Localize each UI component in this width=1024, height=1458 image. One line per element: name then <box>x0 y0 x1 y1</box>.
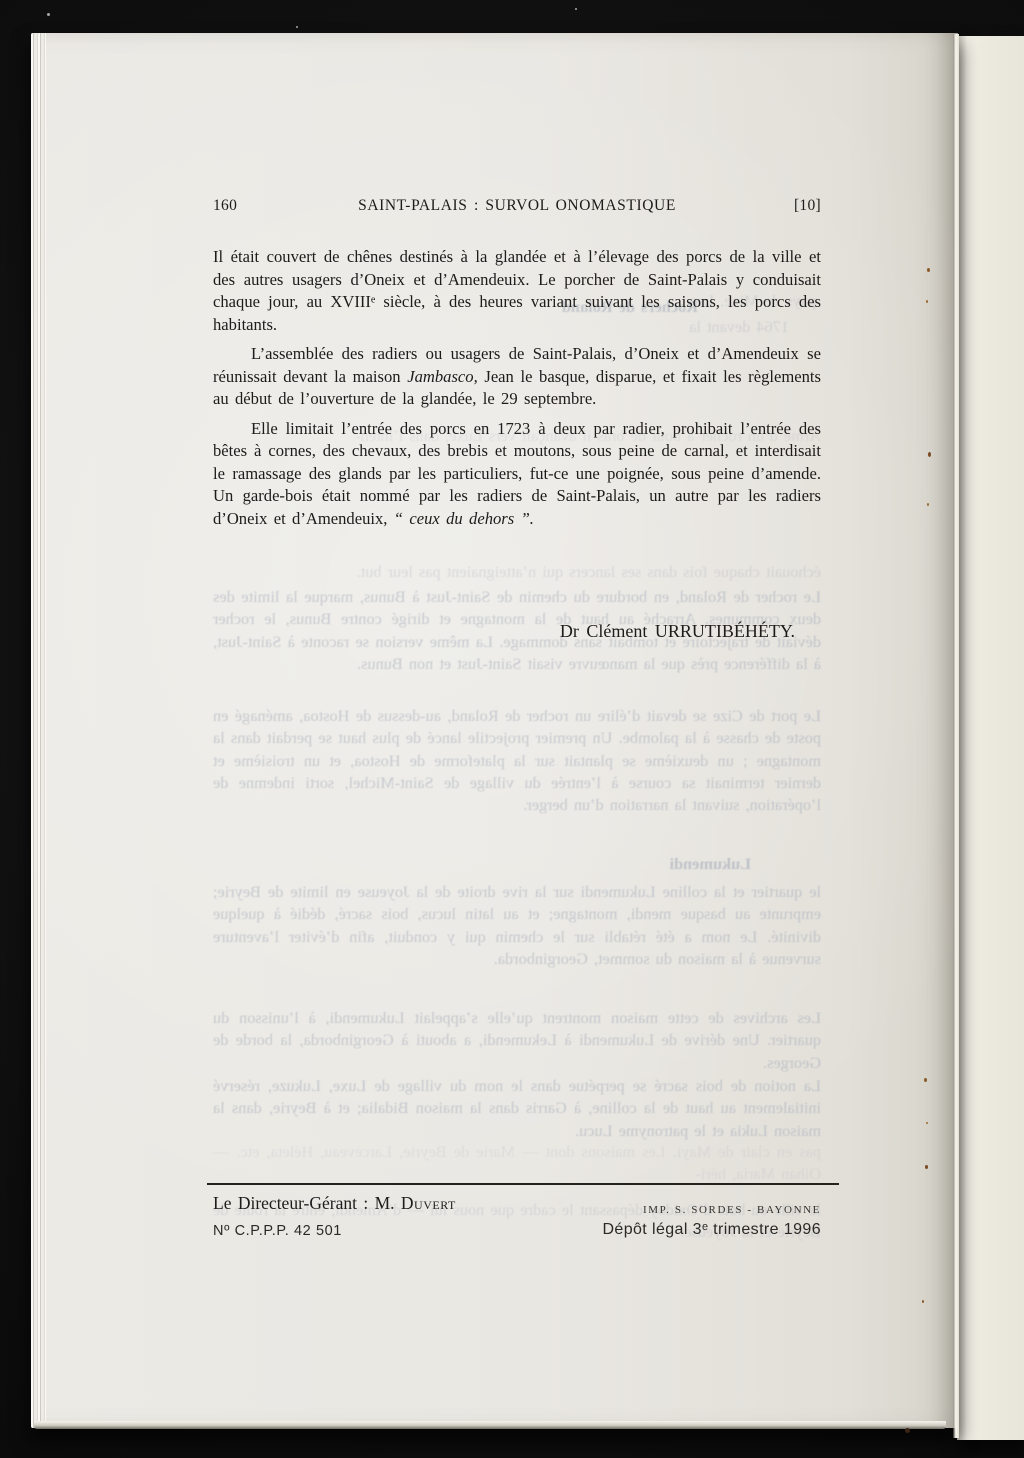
page-edge-left <box>31 33 46 1428</box>
running-title: SAINT-PALAIS : SURVOL ONOMASTIQUE <box>303 197 731 215</box>
foxing-speck <box>927 268 930 272</box>
running-head: 160 SAINT-PALAIS : SURVOL ONOMASTIQUE [1… <box>213 197 821 215</box>
bleedthrough-paragraph: pas en clair de Mayi. Les maisons dont —… <box>213 1141 821 1186</box>
foxing-speck <box>924 1078 927 1082</box>
bleedthrough-paragraph: La notion de bois sacré se perpétue dans… <box>213 1075 821 1142</box>
facing-page <box>957 36 1024 1440</box>
bleedthrough-heading: Lukumendi <box>586 853 751 875</box>
footer-rule <box>207 1183 839 1185</box>
foxing-speck <box>926 1122 928 1124</box>
paragraph-2: L’assemblée des radiers ou usagers de Sa… <box>213 343 821 411</box>
bleedthrough-line: échouait chaque fois dans ses lancers qu… <box>213 561 821 583</box>
foxing-speck <box>922 1300 924 1303</box>
gutter-crease <box>953 34 959 1438</box>
quote-italic: “ ceux du dehors ”. <box>394 509 534 528</box>
author-signature: Dr Clément URRUTIBÉHÉTY. <box>213 621 821 642</box>
dust-speck <box>47 13 50 16</box>
dust-speck <box>575 8 577 10</box>
foxing-speck <box>928 452 931 457</box>
house-name-italic: Jambasco, <box>407 367 478 386</box>
issue-number: [10] <box>731 197 821 215</box>
book-photograph: pays de Mixe. Les Rochers de Roland 1764… <box>0 0 1024 1458</box>
foxing-speck <box>925 1165 928 1169</box>
foxing-speck <box>926 300 928 303</box>
body-text: Il était couvert de chênes destinés à la… <box>213 246 821 537</box>
page-edge-bottom <box>34 1421 946 1429</box>
paragraph-3: Elle limitait l’entrée des porcs en 1723… <box>213 418 821 531</box>
page-number: 160 <box>213 197 303 215</box>
bleedthrough-paragraph: le quartier et la colline Lukumendi sur … <box>213 881 821 970</box>
foxing-speck <box>905 1428 910 1433</box>
paragraph-1: Il était couvert de chênes destinés à la… <box>213 246 821 336</box>
bleedthrough-paragraph: Le port de Cize se devait d’élire un roc… <box>213 705 821 816</box>
book-page: pays de Mixe. Les Rochers de Roland 1764… <box>31 33 958 1428</box>
printer-imprint: IMP. S. SORDES - BAYONNE <box>213 1204 821 1216</box>
dust-speck <box>296 26 298 28</box>
legal-deposit: Dépôt légal 3ᵉ trimestre 1996 <box>213 1221 821 1239</box>
foxing-speck <box>927 503 929 506</box>
bleedthrough-paragraph: Les archives de cette maison montrent qu… <box>213 1007 821 1074</box>
